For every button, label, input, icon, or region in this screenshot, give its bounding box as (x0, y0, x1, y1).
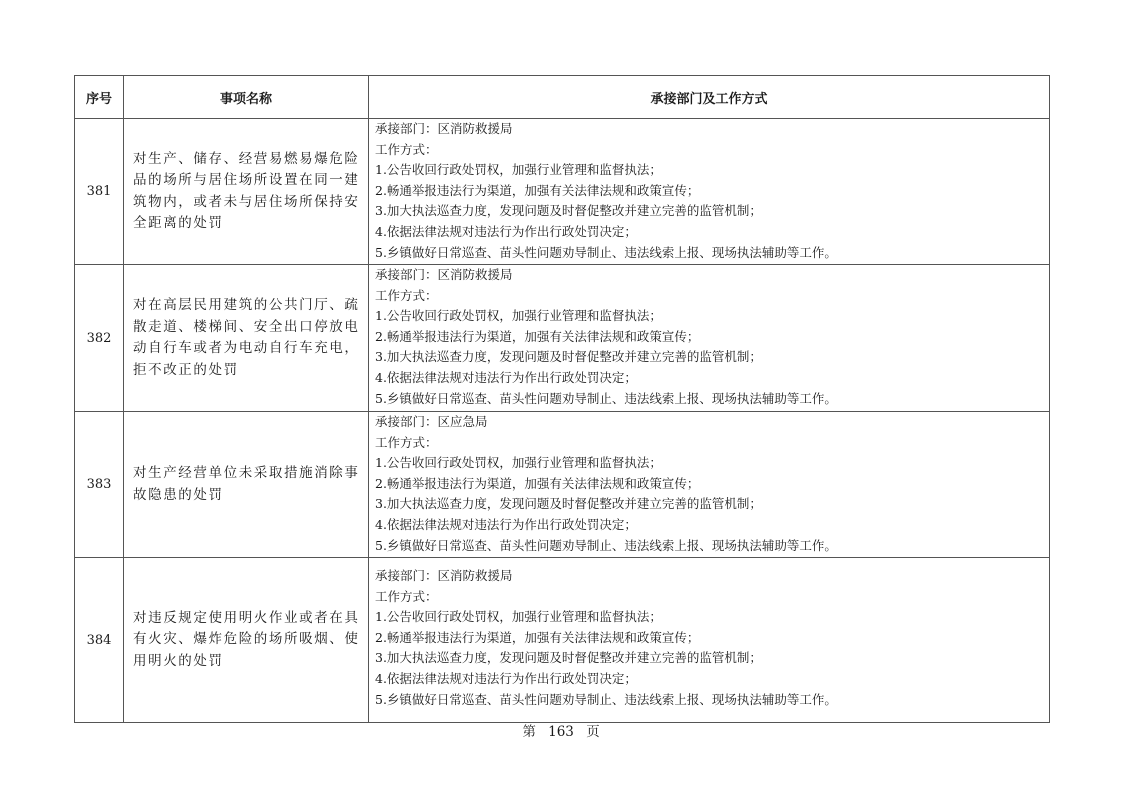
method-label: 工作方式： (375, 433, 1043, 454)
method-item: 2.畅通举报违法行为渠道，加强有关法律法规和政策宣传； (375, 628, 1043, 649)
table-row: 382 对在高层民用建筑的公共门厅、疏散走道、楼梯间、安全出口停放电动自行车或者… (75, 265, 1050, 412)
page-prefix: 第 (522, 724, 536, 740)
dept-line: 承接部门：区消防救援局 (375, 119, 1043, 140)
method-item: 4.依据法律法规对违法行为作出行政处罚决定； (375, 515, 1043, 536)
method-item: 4.依据法律法规对违法行为作出行政处罚决定； (375, 368, 1043, 389)
method-item: 4.依据法律法规对违法行为作出行政处罚决定； (375, 669, 1043, 690)
method-item: 5.乡镇做好日常巡查、苗头性问题劝导制止、违法线索上报、现场执法辅助等工作。 (375, 690, 1043, 711)
method-item: 3.加大执法巡查力度，发现问题及时督促整改并建立完善的监管机制； (375, 347, 1043, 368)
row-index: 381 (75, 119, 124, 265)
row-dept-and-method: 承接部门：区消防救援局 工作方式： 1.公告收回行政处罚权，加强行业管理和监督执… (369, 558, 1050, 723)
table-header-row: 序号 事项名称 承接部门及工作方式 (75, 76, 1050, 119)
method-item: 3.加大执法巡查力度，发现问题及时督促整改并建立完善的监管机制； (375, 494, 1043, 515)
row-index: 382 (75, 265, 124, 412)
method-item: 2.畅通举报违法行为渠道，加强有关法律法规和政策宣传； (375, 474, 1043, 495)
method-item: 1.公告收回行政处罚权，加强行业管理和监督执法； (375, 160, 1043, 181)
method-item: 1.公告收回行政处罚权，加强行业管理和监督执法； (375, 453, 1043, 474)
method-label: 工作方式： (375, 286, 1043, 307)
row-index: 383 (75, 412, 124, 558)
table-row: 381 对生产、储存、经营易燃易爆危险品的场所与居住场所设置在同一建筑物内，或者… (75, 119, 1050, 265)
method-item: 5.乡镇做好日常巡查、苗头性问题劝导制止、违法线索上报、现场执法辅助等工作。 (375, 536, 1043, 557)
row-item-name: 对生产、储存、经营易燃易爆危险品的场所与居住场所设置在同一建筑物内，或者未与居住… (124, 119, 369, 265)
row-item-name: 对生产经营单位未采取措施消除事故隐患的处罚 (124, 412, 369, 558)
method-item: 4.依据法律法规对违法行为作出行政处罚决定； (375, 222, 1043, 243)
table-row: 384 对违反规定使用明火作业或者在具有火灾、爆炸危险的场所吸烟、使用明火的处罚… (75, 558, 1050, 723)
items-table: 序号 事项名称 承接部门及工作方式 381 对生产、储存、经营易燃易爆危险品的场… (74, 75, 1050, 723)
method-item: 1.公告收回行政处罚权，加强行业管理和监督执法； (375, 607, 1043, 628)
row-dept-and-method: 承接部门：区应急局 工作方式： 1.公告收回行政处罚权，加强行业管理和监督执法；… (369, 412, 1050, 558)
page-number: 163 (548, 724, 574, 740)
table-row: 383 对生产经营单位未采取措施消除事故隐患的处罚 承接部门：区应急局 工作方式… (75, 412, 1050, 558)
header-dept-and-method: 承接部门及工作方式 (369, 76, 1050, 119)
method-label: 工作方式： (375, 140, 1043, 161)
header-index: 序号 (75, 76, 124, 119)
page-footer: 第 163 页 (0, 720, 1122, 740)
row-item-name: 对违反规定使用明火作业或者在具有火灾、爆炸危险的场所吸烟、使用明火的处罚 (124, 558, 369, 723)
method-item: 2.畅通举报违法行为渠道，加强有关法律法规和政策宣传； (375, 327, 1043, 348)
method-item: 5.乡镇做好日常巡查、苗头性问题劝导制止、违法线索上报、现场执法辅助等工作。 (375, 389, 1043, 410)
method-label: 工作方式： (375, 587, 1043, 608)
page-suffix: 页 (586, 724, 600, 740)
header-item-name: 事项名称 (124, 76, 369, 119)
method-item: 5.乡镇做好日常巡查、苗头性问题劝导制止、违法线索上报、现场执法辅助等工作。 (375, 243, 1043, 264)
row-item-name: 对在高层民用建筑的公共门厅、疏散走道、楼梯间、安全出口停放电动自行车或者为电动自… (124, 265, 369, 412)
dept-line: 承接部门：区应急局 (375, 412, 1043, 433)
row-dept-and-method: 承接部门：区消防救援局 工作方式： 1.公告收回行政处罚权，加强行业管理和监督执… (369, 265, 1050, 412)
dept-line: 承接部门：区消防救援局 (375, 566, 1043, 587)
row-dept-and-method: 承接部门：区消防救援局 工作方式： 1.公告收回行政处罚权，加强行业管理和监督执… (369, 119, 1050, 265)
dept-line: 承接部门：区消防救援局 (375, 265, 1043, 286)
method-item: 3.加大执法巡查力度，发现问题及时督促整改并建立完善的监管机制； (375, 201, 1043, 222)
method-item: 1.公告收回行政处罚权，加强行业管理和监督执法； (375, 306, 1043, 327)
method-item: 3.加大执法巡查力度，发现问题及时督促整改并建立完善的监管机制； (375, 648, 1043, 669)
row-index: 384 (75, 558, 124, 723)
method-item: 2.畅通举报违法行为渠道，加强有关法律法规和政策宣传； (375, 181, 1043, 202)
